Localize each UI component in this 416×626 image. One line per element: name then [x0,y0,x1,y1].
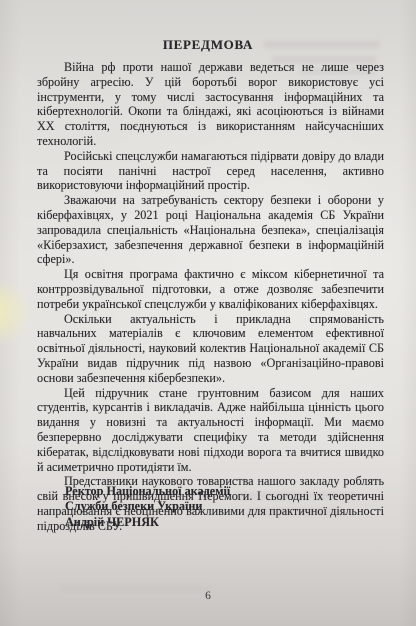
signature-line-name: Андрій ЧЕРНЯК [65,515,230,530]
paragraph: Зважаючи на затребуваність сектору безпе… [37,193,384,267]
book-page-photo: ПЕРЕДМОВА Війна рф проти нашої держави в… [0,0,416,626]
chapter-title: ПЕРЕДМОВА [0,37,416,53]
paragraph: Війна рф проти нашої держави ведеться не… [37,60,384,149]
signature-line-role: Ректор Національної академії [65,484,230,499]
signature-line-organization: Служби безпеки України [65,499,230,514]
page-number: 6 [0,590,416,602]
paragraph: Російські спецслужби намагаються підірва… [37,149,384,193]
paragraph: Оскільки актуальність і прикладна спрямо… [37,312,384,386]
paragraph: Цей підручник стане грунтовним базисом д… [37,386,384,475]
paragraph: Ця освітня програма фактично є міксом кі… [37,267,384,311]
body-text: Війна рф проти нашої держави ведеться не… [37,60,384,534]
signature-block: Ректор Національної академії Служби безп… [65,484,230,530]
